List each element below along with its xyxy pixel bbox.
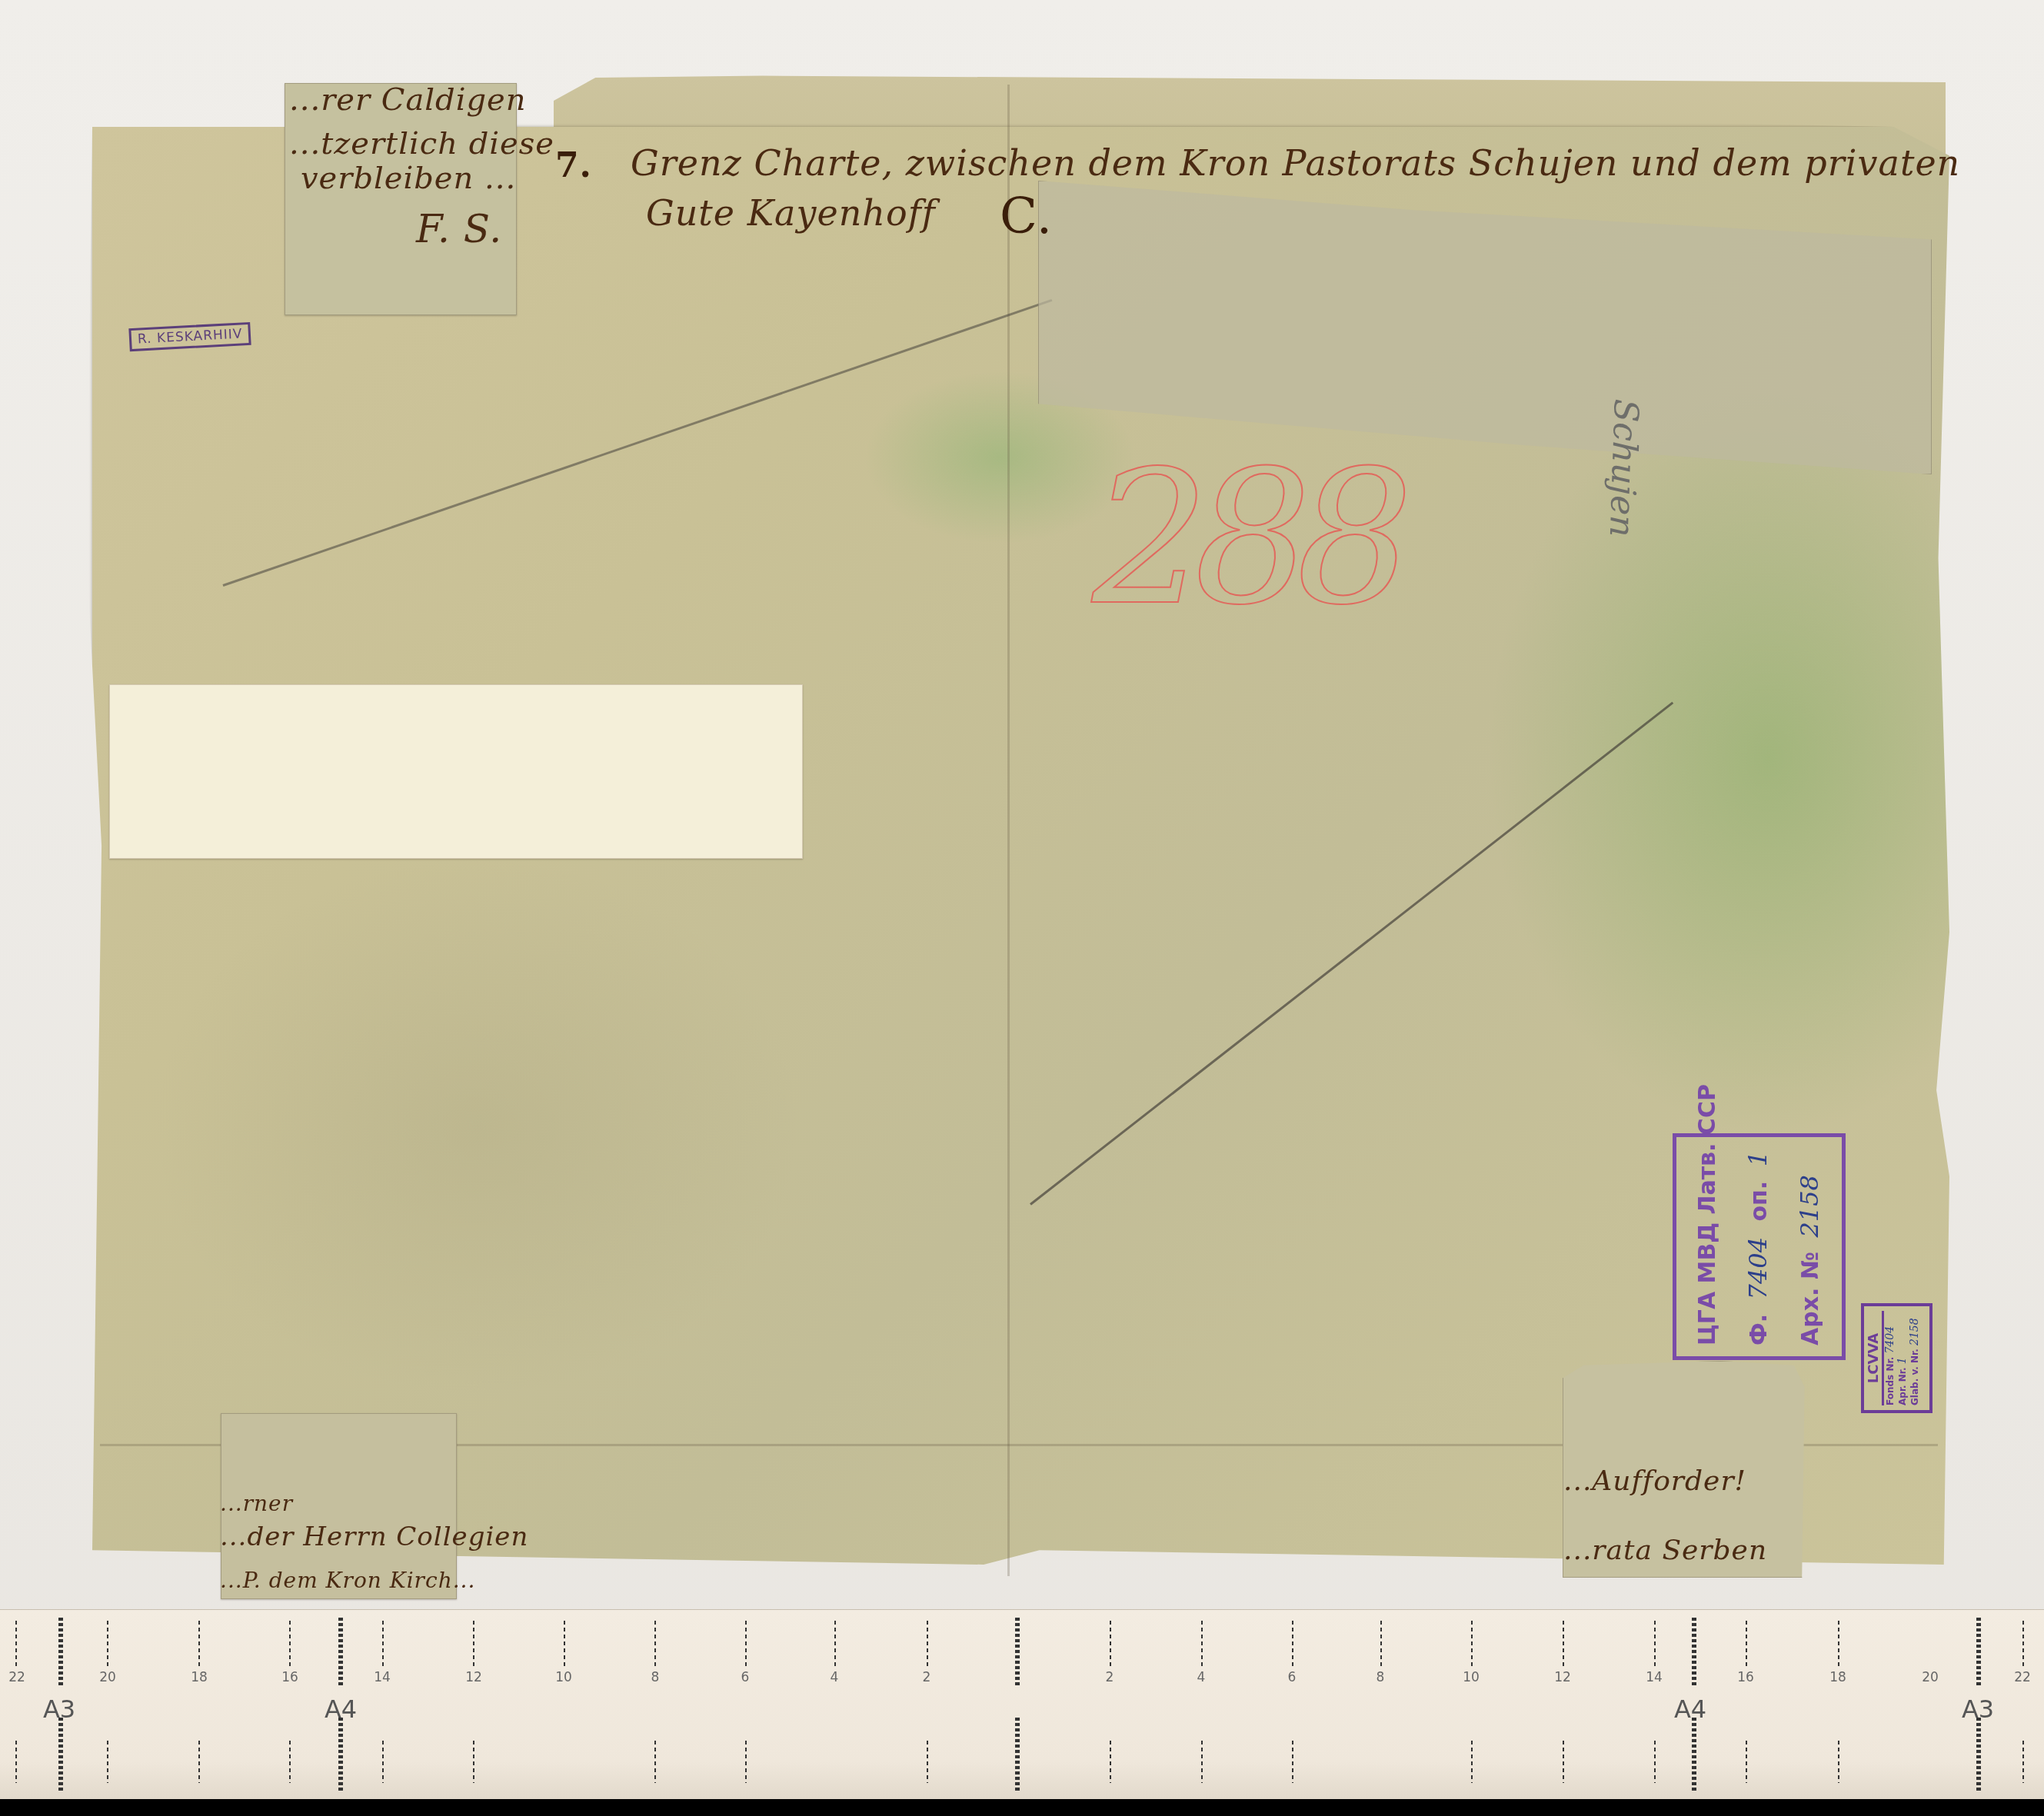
stamp-fond-value: 7404 [1743,1237,1773,1299]
ruler-label: 10 [1463,1670,1480,1685]
vertical-fold-line [1007,85,1010,1576]
stamp-arch-label: Арх. № [1797,1252,1824,1345]
patch-text: ...rata Serben [1563,1535,1767,1566]
ruler-tick [107,1621,108,1667]
lcvva-fonds-value: 7404 [1884,1326,1896,1354]
ruler-tick [1838,1621,1839,1667]
item-number: 7. [555,146,592,185]
ruler-label: 22 [2014,1670,2031,1685]
paper-size-label: A4 [325,1695,357,1724]
ruler-tick [1110,1741,1111,1783]
patch-text: verbleiben ... [301,161,516,196]
ruler-tick [1292,1741,1293,1783]
ruler-tick [654,1621,656,1667]
patch-top-left: ...rer Caldigen ...tzertlich diese verbl… [285,83,517,315]
ruler-label: 20 [1922,1670,1939,1685]
ruler-tick [745,1741,747,1783]
ruler-label: 4 [1197,1670,1206,1685]
ruler-label: 16 [281,1670,298,1685]
ruler-label: 12 [465,1670,482,1685]
white-paper-patch [109,684,803,859]
title-line-2: Gute Kayenhoff [646,192,936,234]
patch-bottom-right: ...Aufforder! ...rata Serben [1563,1361,1826,1578]
ruler-label: 20 [99,1670,116,1685]
patch-text: ...Aufforder! [1563,1465,1746,1497]
lcvva-glab-value: 2158 [1909,1318,1921,1345]
paper-size-label: A3 [1962,1695,1994,1724]
stamp-arch-value: 2158 [1795,1175,1824,1237]
ruler-major-tick [1692,1618,1696,1685]
paper-size-label: A4 [1674,1695,1706,1724]
patch-text: ...der Herrn Collegien [220,1522,528,1552]
red-archive-number: 288 [1092,431,1398,646]
stamp-fond-row: Ф. 7404 оп. 1 [1743,1148,1773,1345]
ruler-major-tick [1692,1718,1696,1791]
ruler-label: 14 [374,1670,391,1685]
ruler-tick [927,1621,928,1667]
ruler-tick [2022,1741,2024,1783]
ruler-tick [834,1621,836,1667]
ruler-label: 4 [831,1670,839,1685]
ruler-label: 18 [191,1670,208,1685]
ruler-label: 8 [651,1670,660,1685]
title-line-1: Grenz Charte, zwischen dem Kron Pastorat… [631,142,1960,184]
ruler-tick [198,1741,200,1783]
ruler-major-tick [1976,1718,1981,1791]
lcvva-stamp: LCVVA Fonds Nr. 7404 Apr. Nr. 1 Glab. v.… [1861,1303,1932,1413]
ruler-tick [745,1621,747,1667]
stamp-opis-label: оп. [1746,1181,1773,1222]
ruler-tick [15,1621,17,1667]
ruler-major-tick [338,1718,343,1791]
ruler-label: 18 [1829,1670,1846,1685]
ruler-tick [654,1741,656,1783]
ruler-tick [1110,1621,1111,1667]
ruler-tick [198,1621,200,1667]
ruler-tick [1201,1621,1203,1667]
scan-bottom-border [0,1799,2044,1816]
stamp-archive-name: ЦГА МВД Латв. ССР [1694,1148,1721,1345]
ruler-tick [15,1741,17,1783]
lcvva-apr-value: 1 [1896,1357,1909,1364]
measurement-ruler: 22 20 18 16 14 12 10 8 6 4 2 2 4 6 8 10 … [0,1609,2044,1801]
ruler-tick [1471,1741,1473,1783]
ruler-tick [1292,1621,1293,1667]
stamp-fond-label: Ф. [1746,1314,1773,1345]
ruler-tick [1654,1741,1656,1783]
ruler-tick [473,1621,474,1667]
ruler-tick [473,1741,474,1783]
ruler-tick [382,1621,384,1667]
lcvva-apr-label: Apr. Nr. [1897,1367,1908,1405]
ruler-label: 22 [8,1670,25,1685]
ruler-tick [1838,1741,1839,1783]
ruler-label: 12 [1554,1670,1571,1685]
ruler-tick [564,1621,565,1667]
ruler-tick [1471,1621,1473,1667]
patch-text: F. S. [416,207,502,251]
ruler-tick [107,1741,108,1783]
ruler-label: 8 [1377,1670,1385,1685]
ruler-major-tick [1976,1618,1981,1685]
ruler-major-tick [58,1718,63,1791]
ruler-center-tick [1015,1718,1020,1791]
ruler-label: 16 [1737,1670,1754,1685]
ruler-label: 14 [1646,1670,1663,1685]
paper-size-label: A3 [43,1695,75,1724]
ruler-tick [289,1621,291,1667]
title-letter: C. [1000,188,1053,245]
patch-text: ...rer Caldigen [289,82,526,118]
ruler-label: 10 [555,1670,572,1685]
ruler-label: 6 [741,1670,750,1685]
stamp-opis-value: 1 [1743,1151,1773,1166]
lcvva-glab-label: Glab. v. Nr. [1909,1349,1920,1405]
ruler-label: 6 [1288,1670,1297,1685]
pencil-note: Schujen [1602,398,1646,537]
cga-archive-stamp: ЦГА МВД Латв. ССР Ф. 7404 оп. 1 Арх. № 2… [1673,1133,1846,1360]
ruler-tick [1563,1741,1564,1783]
ruler-tick [382,1741,384,1783]
ruler-tick [2022,1621,2024,1667]
lcvva-glab-row: Glab. v. Nr. 2158 [1909,1311,1921,1405]
ruler-tick [1746,1741,1747,1783]
ruler-tick [1746,1621,1747,1667]
ruler-tick [927,1741,928,1783]
lcvva-fonds-row: Fonds Nr. 7404 [1884,1311,1896,1405]
ruler-major-tick [58,1618,63,1685]
patch-bottom-left: ...rner ...der Herrn Collegien ...P. dem… [221,1413,457,1599]
ruler-tick [1654,1621,1656,1667]
ruler-label: 2 [1106,1670,1114,1685]
patch-text: ...tzertlich diese [289,126,554,161]
lcvva-fonds-label: Fonds Nr. [1885,1357,1896,1405]
lcvva-apr-row: Apr. Nr. 1 [1896,1311,1909,1405]
ruler-label: 2 [923,1670,931,1685]
ruler-tick [1563,1621,1564,1667]
patch-text: ...rner [220,1491,293,1516]
ruler-major-tick [338,1618,343,1685]
stamp-arch-row: Арх. № 2158 [1795,1148,1824,1345]
ruler-tick [1201,1741,1203,1783]
lcvva-title: LCVVA [1866,1311,1884,1405]
ruler-center-tick [1015,1618,1020,1685]
patch-text: ...P. dem Kron Kirch... [220,1568,475,1593]
ruler-tick [289,1741,291,1783]
ruler-tick [1380,1621,1382,1667]
